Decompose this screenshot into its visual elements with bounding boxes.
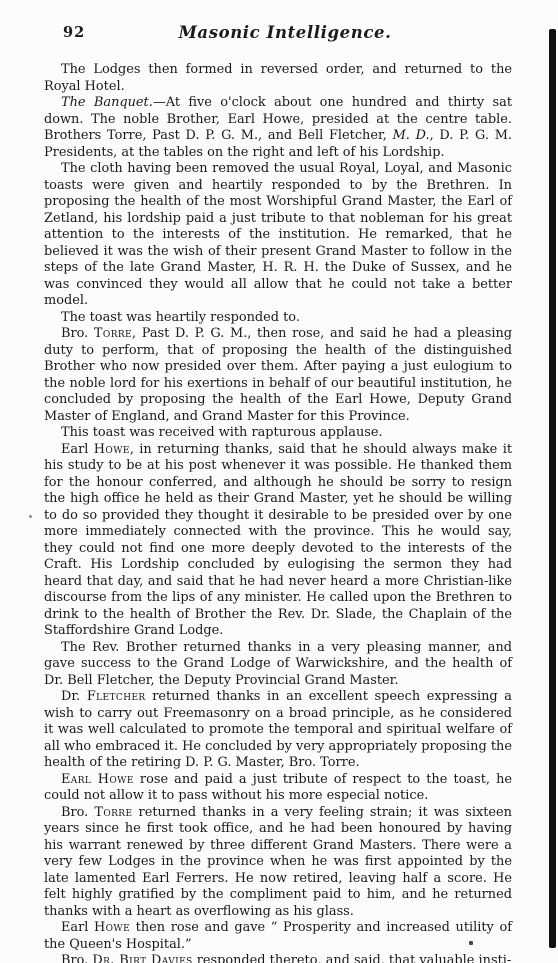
paragraph: Bro. Torre returned thanks in a very fee… <box>44 805 512 921</box>
paragraph: The Banquet.—At five o'clock about one h… <box>44 95 512 161</box>
text-segment: responded thereto, and said, that valuab… <box>193 953 512 963</box>
person-name: Earl Howe <box>61 772 134 787</box>
paragraph: Bro. Dr. Birt Davies responded thereto, … <box>44 953 512 963</box>
paragraph: This toast was received with rapturous a… <box>44 425 512 442</box>
text-segment: , in returning thanks, said that he shou… <box>44 442 512 639</box>
text-segment: The cloth having been removed the usual … <box>44 161 512 308</box>
text-segment: The toast was heartily responded to. <box>61 310 300 325</box>
scan-speck <box>63 132 66 134</box>
paragraph: Earl Howe then rose and gave “ Prosperit… <box>44 920 512 953</box>
page-title: Masonic Intelligence. <box>6 23 558 42</box>
text-segment: Dr. <box>61 689 87 704</box>
text-segment: M. D. <box>393 128 430 143</box>
text-column: The Lodges then formed in reversed order… <box>44 62 512 963</box>
paragraph: Earl Howe, in returning thanks, said tha… <box>44 442 512 640</box>
paragraph: Dr. Fletcher returned thanks in an excel… <box>44 689 512 772</box>
scan-speck <box>469 941 473 945</box>
text-segment: This toast was received with rapturous a… <box>61 425 383 440</box>
paragraph: The Rev. Brother returned thanks in a ve… <box>44 640 512 690</box>
scanned-book-page: 92 Masonic Intelligence. The Lodges then… <box>0 0 558 963</box>
text-segment: Earl <box>61 442 94 457</box>
scan-edge-artifact <box>549 29 556 948</box>
person-name: Howe <box>94 442 130 457</box>
text-segment: The Lodges then formed in reversed order… <box>44 62 512 94</box>
person-name: Dr. Birt Davies <box>92 953 192 963</box>
scan-speck <box>29 515 32 518</box>
paragraph: The Lodges then formed in reversed order… <box>44 62 512 95</box>
text-segment: Bro. <box>61 953 92 963</box>
paragraph: Earl Howe rose and paid a just tribute o… <box>44 772 512 805</box>
person-name: Torre <box>94 326 132 341</box>
paragraph: The toast was heartily responded to. <box>44 310 512 327</box>
paragraph: Bro. Torre, Past D. P. G. M., then rose,… <box>44 326 512 425</box>
text-segment: The Banquet. <box>61 95 153 110</box>
person-name: Fletcher <box>87 689 146 704</box>
running-head: 92 Masonic Intelligence. <box>0 23 558 47</box>
text-segment: Bro. <box>61 805 94 820</box>
person-name: Torre <box>94 805 132 820</box>
text-segment: The Rev. Brother returned thanks in a ve… <box>44 640 512 688</box>
text-segment: Bro. <box>61 326 94 341</box>
text-segment: Earl <box>61 920 94 935</box>
paragraph: The cloth having been removed the usual … <box>44 161 512 310</box>
person-name: Howe <box>94 920 130 935</box>
text-segment: returned thanks in a very feeling strain… <box>44 805 512 919</box>
